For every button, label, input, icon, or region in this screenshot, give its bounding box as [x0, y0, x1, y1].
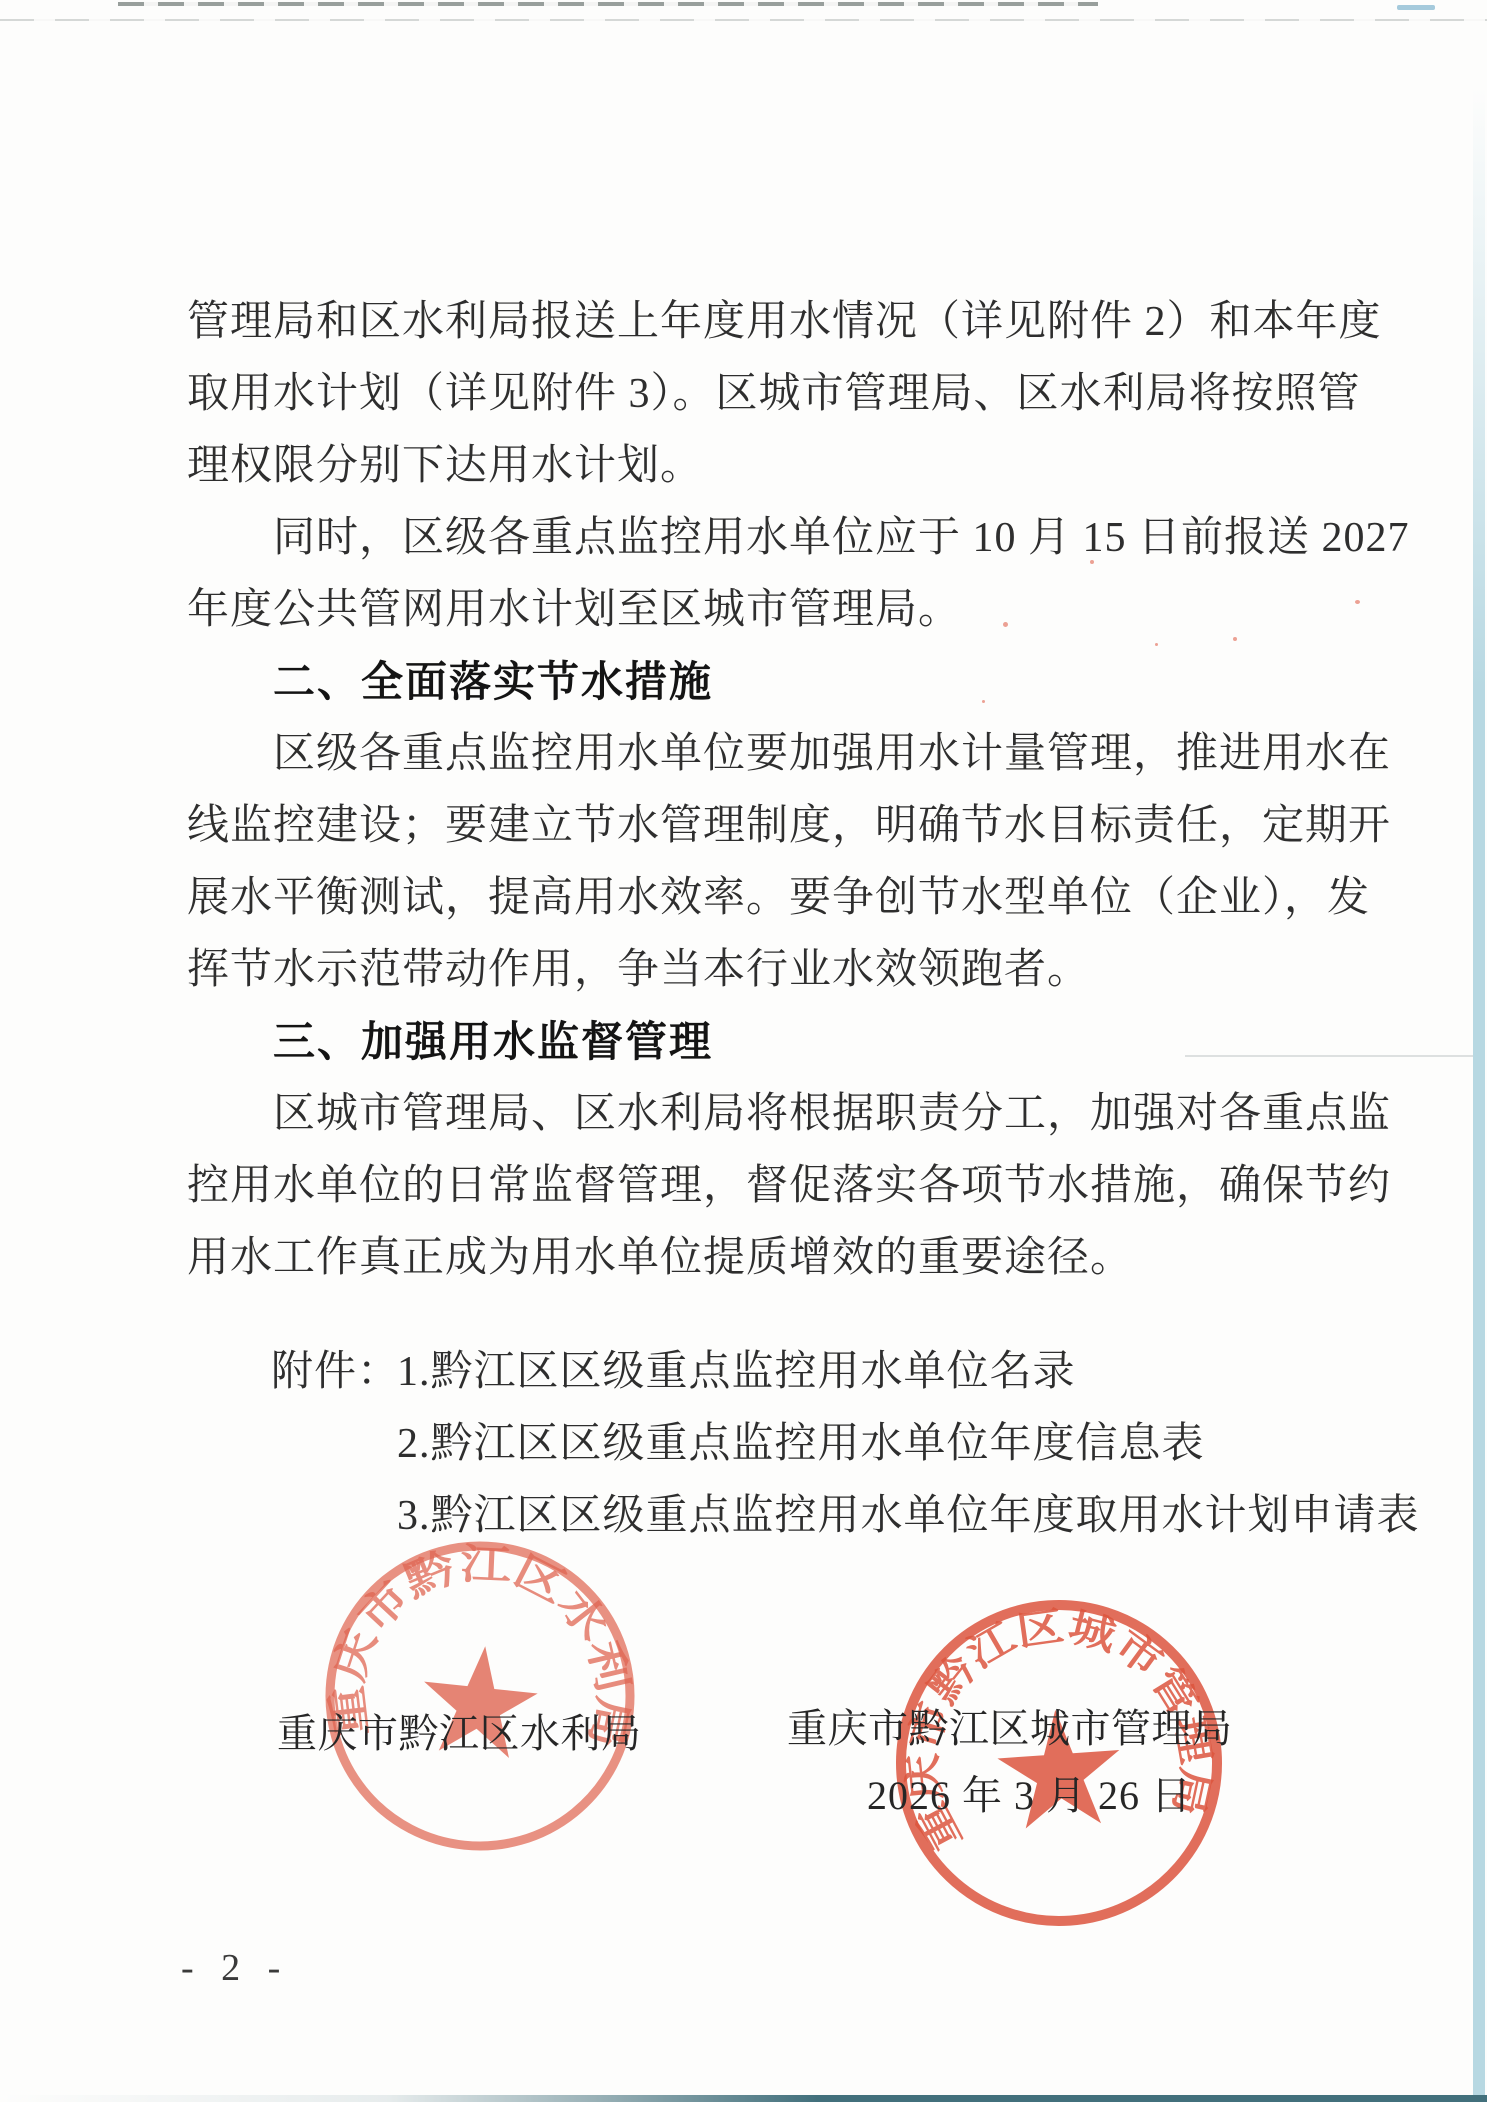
attachment-item-2: 2.黔江区区级重点监控用水单位年度信息表: [397, 1421, 1205, 1467]
signature-water-bureau: 重庆市黔江区水利局: [277, 1702, 642, 1759]
body-line: 区城市管理局、区水利局将根据职责分工，加强对各重点监: [187, 1078, 1312, 1150]
attachment-list: 附件：1.黔江区区级重点监控用水单位名录 2.黔江区区级重点监控用水单位年度信息…: [271, 1336, 1321, 1552]
section-heading-3: 三、加强用水监督管理: [187, 1006, 1312, 1078]
body-line: 用水工作真正成为用水单位提质增效的重要途径。: [187, 1222, 1312, 1294]
body-line: 同时，区级各重点监控用水单位应于 10 月 15 日前报送 2027: [187, 502, 1312, 574]
attachment-row: 2.黔江区区级重点监控用水单位年度信息表: [271, 1408, 1321, 1480]
scan-artifact-corner-mark: [1397, 5, 1435, 10]
seal-graphic: 重庆市黔江区水利局: [312, 1528, 648, 1864]
body-line: 管理局和区水利局报送上年度用水情况（详见附件 2）和本年度: [187, 286, 1312, 358]
attachment-row: 附件：1.黔江区区级重点监控用水单位名录: [271, 1336, 1321, 1408]
scan-artifact-bottom-edge: [0, 2095, 1487, 2102]
attachment-item-1: 1.黔江区区级重点监控用水单位名录: [397, 1349, 1076, 1395]
scan-artifact-top-line: [118, 2, 1098, 6]
document-date: 2026 年 3 月 26 日: [867, 1764, 1192, 1821]
attachment-label: 附件：: [271, 1336, 397, 1408]
document-page: 管理局和区水利局报送上年度用水情况（详见附件 2）和本年度 取用水计划（详见附件…: [0, 0, 1487, 2102]
body-line: 挥节水示范带动作用，争当本行业水效领跑者。: [187, 934, 1312, 1006]
official-seal-city-admin-bureau: 重庆市黔江区城市管理局: [884, 1588, 1234, 1938]
scan-artifact-right-edge: [1473, 88, 1485, 2102]
body-line: 区级各重点监控用水单位要加强用水计量管理，推进用水在: [187, 718, 1312, 790]
seal-graphic: 重庆市黔江区城市管理局: [884, 1588, 1234, 1938]
section-heading-2: 二、全面落实节水措施: [187, 646, 1312, 718]
signature-city-admin-bureau: 重庆市黔江区城市管理局: [787, 1697, 1233, 1754]
official-seal-water-bureau: 重庆市黔江区水利局: [312, 1528, 648, 1864]
body-line: 年度公共管网用水计划至区城市管理局。: [187, 574, 1312, 646]
body-line: 取用水计划（详见附件 3）。区城市管理局、区水利局将按照管: [187, 358, 1312, 430]
document-body: 管理局和区水利局报送上年度用水情况（详见附件 2）和本年度 取用水计划（详见附件…: [187, 286, 1312, 1294]
scan-artifact-top-line-2: [0, 19, 1487, 21]
body-line: 展水平衡测试，提高用水效率。要争创节水型单位（企业），发: [187, 862, 1312, 934]
body-line: 线监控建设；要建立节水管理制度，明确节水目标责任，定期开: [187, 790, 1312, 862]
body-line: 控用水单位的日常监督管理，督促落实各项节水措施，确保节约: [187, 1150, 1312, 1222]
page-number: - 2 -: [181, 1946, 289, 1990]
body-line: 理权限分别下达用水计划。: [187, 430, 1312, 502]
